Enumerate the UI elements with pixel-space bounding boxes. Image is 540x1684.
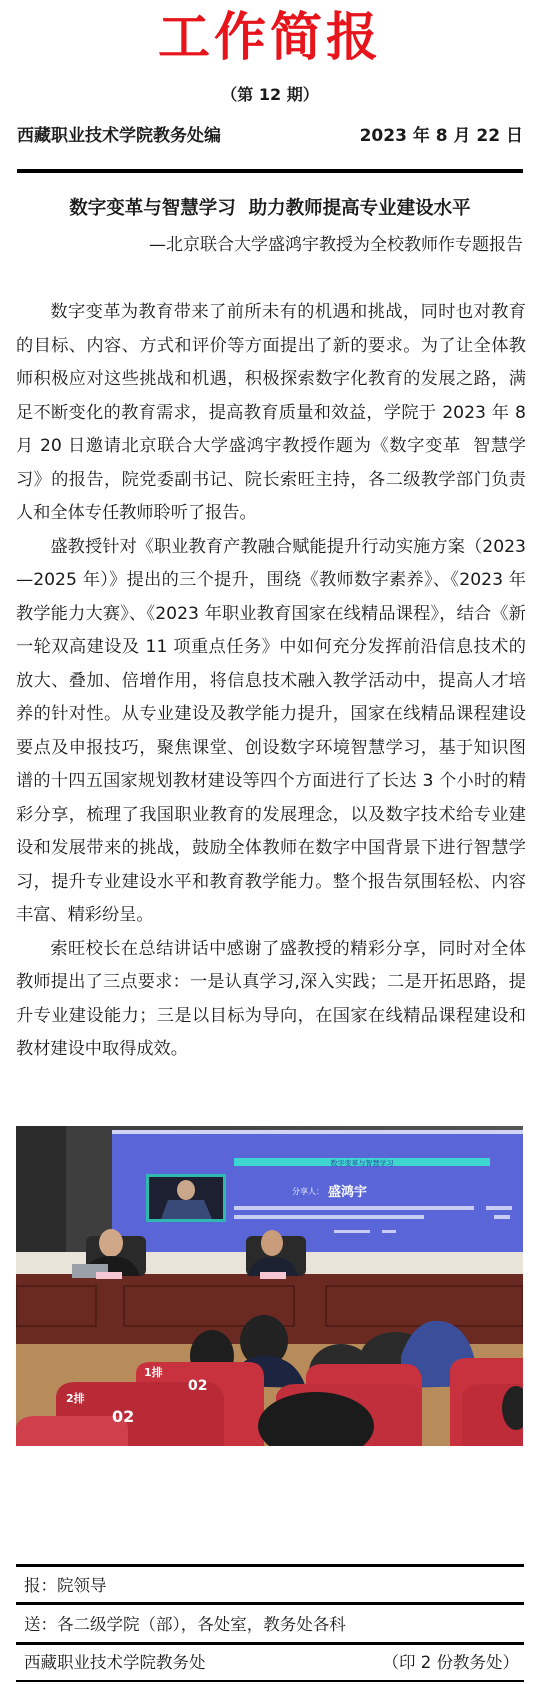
issuer-line: 西藏职业技术学院教务处 （印 2 份教务处） (24, 1652, 519, 1674)
masthead-title: 工作简报 (0, 6, 540, 70)
slide-presenter-name: 盛鸿宇 (328, 1184, 367, 1200)
editor-line: 西藏职业技术学院教务处编 (17, 124, 221, 148)
footer-divider (16, 1564, 524, 1567)
lecture-hall-photo: 数字变革与智慧学习 分享人： 盛鸿宇 (16, 1126, 523, 1446)
seat-number-label: 02 (112, 1407, 134, 1426)
slide-title: 数字变革与智慧学习 (331, 1159, 394, 1168)
article-body: 数字变革为教育带来了前所未有的机遇和挑战，同时也对教育的目标、内容、方式和评价等… (16, 296, 526, 1067)
slide-presenter-label: 分享人： (292, 1186, 324, 1196)
article-subtitle: —北京联合大学盛鸿宇教授为全校教师作专题报告 (149, 232, 523, 258)
paragraph: 索旺校长在总结讲话中感谢了盛教授的精彩分享，同时对全体教师提出了三点要求：一是认… (16, 933, 526, 1067)
seat-number-label: 02 (188, 1378, 207, 1394)
seat-row-label: 1排 (144, 1365, 163, 1379)
footer-divider (16, 1642, 524, 1645)
footer-divider (16, 1602, 524, 1605)
publish-date: 2023 年 8 月 22 日 (360, 124, 523, 148)
paragraph: 盛教授针对《职业教育产教融合赋能提升行动实施方案（2023—2025 年）》提出… (16, 531, 526, 933)
report-to-line: 报：院领导 (24, 1575, 519, 1597)
footer-divider (16, 1680, 524, 1682)
paragraph: 数字变革为教育带来了前所未有的机遇和挑战，同时也对教育的目标、内容、方式和评价等… (16, 296, 526, 531)
event-photo: 数字变革与智慧学习 分享人： 盛鸿宇 (16, 1126, 523, 1446)
issue-number: （第 12 期） (0, 84, 540, 106)
print-note: （印 2 份教务处） (383, 1652, 520, 1674)
article-title: 数字变革与智慧学习 助力教师提高专业建设水平 (0, 196, 540, 222)
header-divider (17, 169, 523, 173)
seat-row-label: 2排 (66, 1391, 85, 1405)
issuer-name: 西藏职业技术学院教务处 (24, 1653, 206, 1672)
send-to-line: 送：各二级学院（部），各处室，教务处各科 (24, 1614, 519, 1636)
